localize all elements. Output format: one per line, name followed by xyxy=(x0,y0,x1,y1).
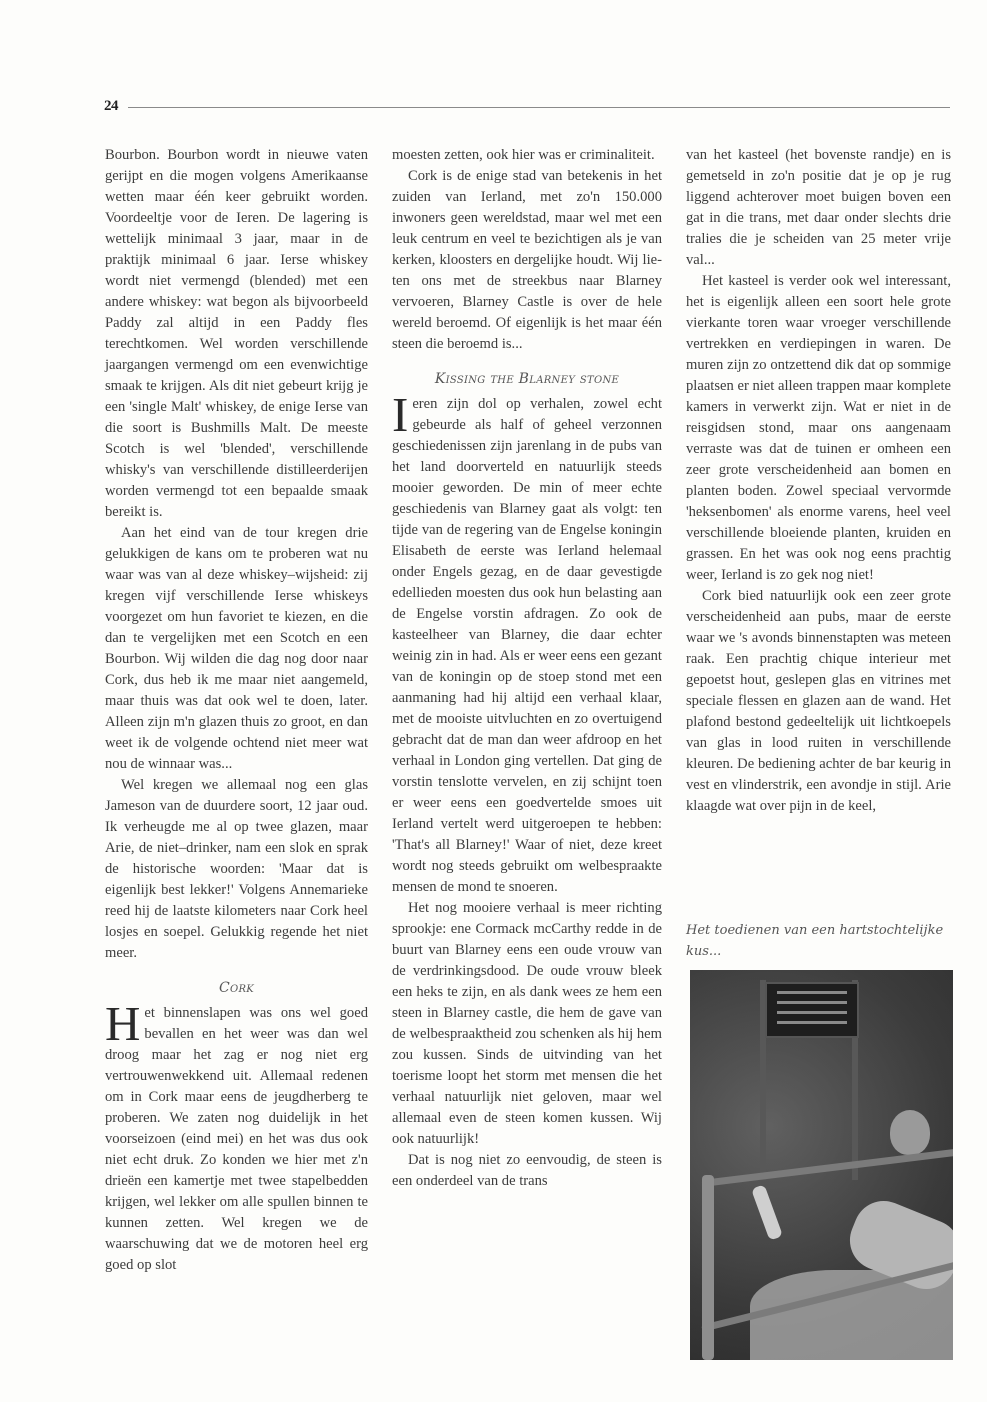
paragraph: Cork bied natuurlijk ook een zeer grote … xyxy=(686,586,951,817)
paragraph: Wel kregen we allemaal nog een glas Jame… xyxy=(105,775,368,964)
paragraph: Het nog mooiere verhaal is meer richting… xyxy=(392,898,662,1150)
page-number: 24 xyxy=(104,98,118,115)
paragraph-text: et binnenslapen was ons wel goed bevalle… xyxy=(105,1005,368,1273)
section-heading-cork: Cork xyxy=(105,978,368,999)
paragraph: Aan het eind van de tour kregen drie gel… xyxy=(105,523,368,775)
paragraph: Bourbon. Bourbon wordt in nieuwe vaten g… xyxy=(105,145,368,523)
column-1: Bourbon. Bourbon wordt in nieuwe vaten g… xyxy=(105,145,368,1276)
drop-cap: I xyxy=(392,395,408,435)
section-paragraph: Het binnenslapen was ons wel goed bevall… xyxy=(105,1003,368,1276)
header-rule xyxy=(128,107,950,108)
section-heading-blarney: Kissing the Blarney stone xyxy=(392,369,662,390)
photo-plaque xyxy=(765,982,859,1038)
page-header: 24 xyxy=(104,96,950,116)
photo-caption: Het toedienen van een hartstochte­lijke … xyxy=(686,920,951,962)
column-3: van het kasteel (het bovenste randje) en… xyxy=(686,145,951,817)
photo-person-head xyxy=(890,1110,930,1155)
paragraph: Dat is nog niet zo eenvoudig, de steen i… xyxy=(392,1150,662,1192)
photo-leg xyxy=(751,1184,783,1240)
paragraph-text: eren zijn dol op verhalen, zowel echt ge… xyxy=(392,396,662,895)
column-2: moesten zetten, ook hier was er cri­mina… xyxy=(392,145,662,1192)
photo-rail xyxy=(702,1148,953,1187)
paragraph: Cork is de enige stad van betekenis in h… xyxy=(392,166,662,355)
blarney-stone-photo xyxy=(690,970,953,1360)
paragraph: Het kasteel is verder ook wel inte­ressa… xyxy=(686,271,951,586)
drop-cap: H xyxy=(105,1004,140,1044)
paragraph: van het kasteel (het bovenste randje) en… xyxy=(686,145,951,271)
section-paragraph: Ieren zijn dol op verhalen, zowel echt g… xyxy=(392,394,662,898)
paragraph: moesten zetten, ook hier was er cri­mina… xyxy=(392,145,662,166)
photo-rail-post xyxy=(702,1175,714,1360)
